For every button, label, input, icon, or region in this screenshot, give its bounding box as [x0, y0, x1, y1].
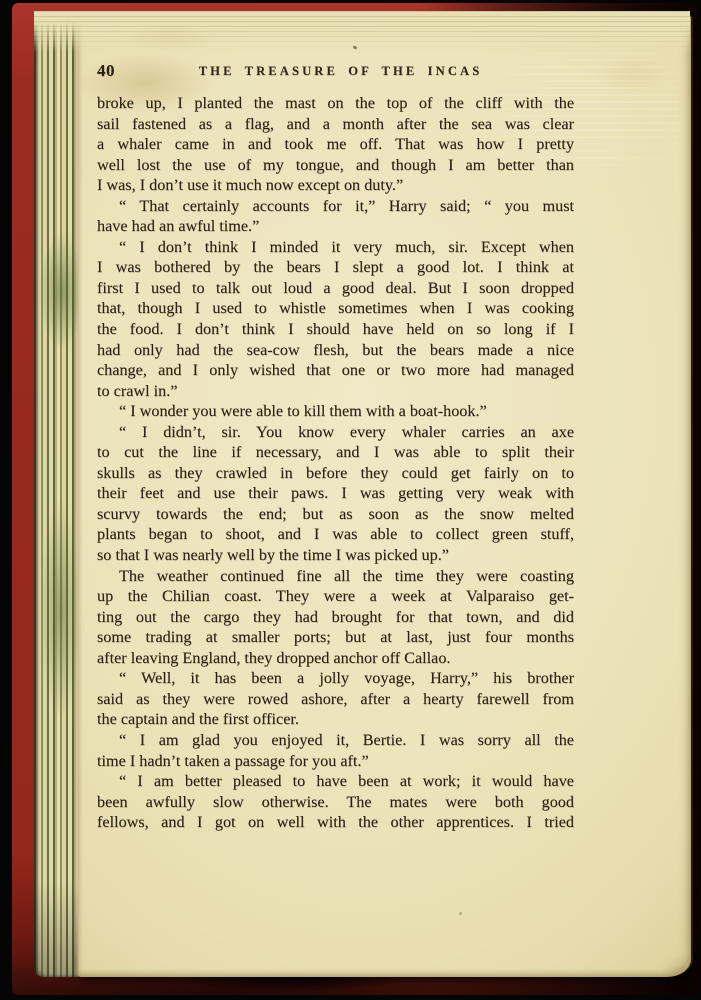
running-header: 40 THE TREASURE OF THE INCAS [97, 61, 574, 83]
text-line: ting out the cargo they had brought for … [97, 607, 574, 628]
text-line: “ I am better pleased to have been at wo… [97, 771, 574, 792]
page-edges-stack [34, 11, 84, 977]
text-line: well lost the use of my tongue, and thou… [97, 155, 574, 176]
text-line: The weather continued fine all the time … [97, 566, 574, 587]
text-line: had only had the sea-cow flesh, but the … [97, 340, 574, 361]
text-line: to cut the line if necessary, and I was … [97, 442, 574, 463]
text-line: their feet and use their paws. I was get… [97, 483, 574, 504]
text-line: so that I was nearly well by the time I … [97, 545, 574, 566]
text-line: that, though I used to whistle sometimes… [97, 298, 574, 319]
running-title: THE TREASURE OF THE INCAS [97, 64, 584, 79]
text-line: sail fastened as a flag, and a month aft… [97, 114, 574, 135]
text-line: skulls as they crawled in before they co… [97, 463, 574, 484]
page-text: broke up, I planted the mast on the top … [97, 93, 574, 833]
text-line: the captain and the first officer. [97, 709, 574, 730]
text-line: I was bothered by the bears I slept a go… [97, 257, 574, 278]
text-line: broke up, I planted the mast on the top … [97, 93, 574, 114]
text-line: “ I am glad you enjoyed it, Bertie. I wa… [97, 730, 574, 751]
text-line: said as they were rowed ashore, after a … [97, 689, 574, 710]
text-line: the food. I don’t think I should have he… [97, 319, 574, 340]
text-line: after leaving England, they dropped anch… [97, 648, 574, 669]
text-line: “ I wonder you were able to kill them wi… [97, 401, 574, 422]
text-line: to crawl in.” [97, 381, 574, 402]
text-line: I was, I don’t use it much now except on… [97, 175, 574, 196]
text-line: a whaler came in and took me off. That w… [97, 134, 574, 155]
text-line: “ That certainly accounts for it,” Harry… [97, 196, 574, 217]
text-line: first I used to talk out loud a good dea… [97, 278, 574, 299]
text-line: time I hadn’t taken a passage for you af… [97, 751, 574, 772]
text-line: been awfully slow otherwise. The mates w… [97, 792, 574, 813]
paper-speck [459, 912, 462, 915]
text-line: up the Chilian coast. They were a week a… [97, 586, 574, 607]
text-line: plants began to shoot, and I was able to… [97, 524, 574, 545]
text-line: some trading at smaller ports; but at la… [97, 627, 574, 648]
text-line: “ I didn’t, sir. You know every whaler c… [97, 422, 574, 443]
text-line: have had an awful time.” [97, 216, 574, 237]
text-line: fellows, and I got on well with the othe… [97, 812, 574, 833]
text-line: scurvy towards the end; but as soon as t… [97, 504, 574, 525]
scanned-book-photo: 40 THE TREASURE OF THE INCAS broke up, I… [0, 0, 701, 1000]
text-line: “ I don’t think I minded it very much, s… [97, 237, 574, 258]
text-line: change, and I only wished that one or tw… [97, 360, 574, 381]
text-line: “ Well, it has been a jolly voyage, Harr… [97, 668, 574, 689]
